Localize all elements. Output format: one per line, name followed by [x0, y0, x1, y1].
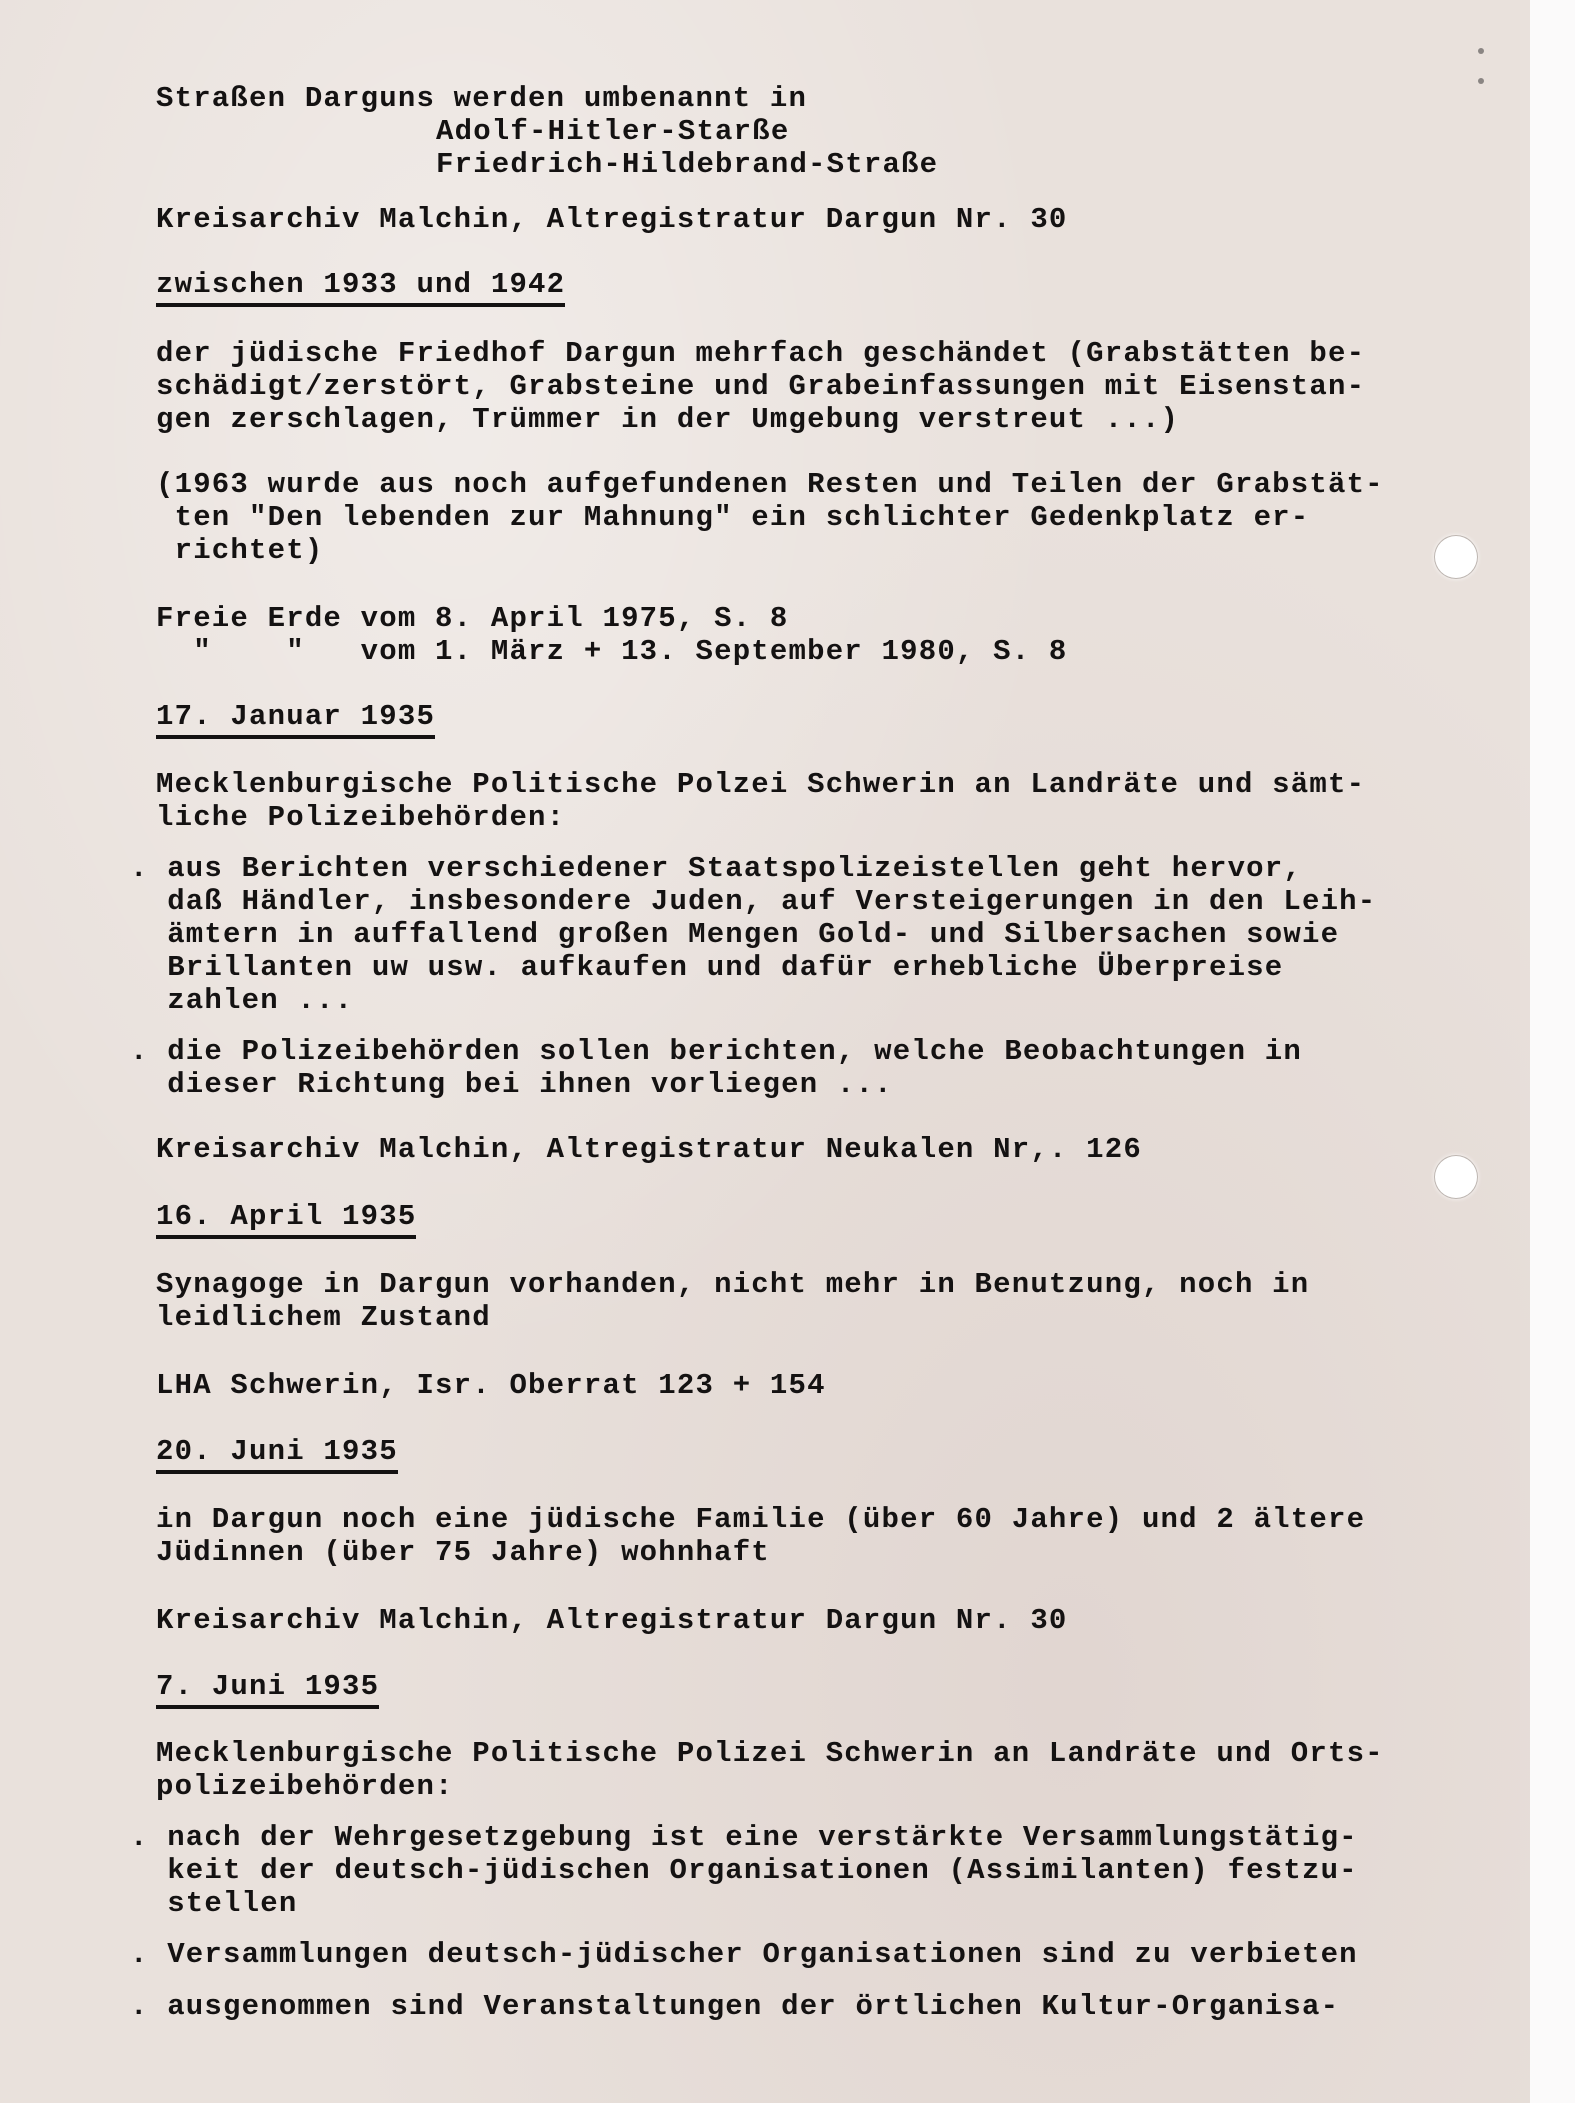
entry-text: schädigt/zerstört, Grabsteine und Grabei… — [156, 370, 1365, 403]
entry-date: 16. April 1935 — [156, 1200, 416, 1239]
bullet-item: . nach der Wehrgesetzgebung ist eine ver… — [130, 1821, 1358, 1854]
bullet-item: . ausgenommen sind Veranstaltungen der ö… — [130, 1990, 1339, 2023]
entry-note: richtet) — [156, 534, 323, 567]
bullet-item: Brillanten uw usw. aufkaufen und dafür e… — [130, 951, 1283, 984]
street-name: Adolf-Hitler-Starße — [436, 115, 789, 148]
entry-text: Jüdinnen (über 75 Jahre) wohnhaft — [156, 1536, 770, 1569]
entry-note: ten "Den lebenden zur Mahnung" ein schli… — [156, 501, 1309, 534]
source-citation: " " vom 1. März + 13. September 1980, S.… — [156, 635, 1068, 668]
bullet-item: stellen — [130, 1887, 297, 1920]
entry-text: der jüdische Friedhof Dargun mehrfach ge… — [156, 337, 1365, 370]
entry-text: Mecklenburgische Politische Polizei Schw… — [156, 1737, 1384, 1770]
entry-text: liche Polizeibehörden: — [156, 801, 565, 834]
bullet-item: daß Händler, insbesondere Juden, auf Ver… — [130, 885, 1376, 918]
entry-date: zwischen 1933 und 1942 — [156, 268, 565, 307]
bullet-item: . die Polizeibehörden sollen berichten, … — [130, 1035, 1302, 1068]
entry-date: 17. Januar 1935 — [156, 700, 435, 739]
staple-mark — [1478, 48, 1484, 54]
source-citation: LHA Schwerin, Isr. Oberrat 123 + 154 — [156, 1369, 826, 1402]
staple-mark — [1478, 78, 1484, 84]
punch-hole — [1434, 1155, 1478, 1199]
source-citation: Kreisarchiv Malchin, Altregistratur Neuk… — [156, 1133, 1142, 1166]
entry-text: Synagoge in Dargun vorhanden, nicht mehr… — [156, 1268, 1309, 1301]
entry-text: in Dargun noch eine jüdische Familie (üb… — [156, 1503, 1365, 1536]
entry-text: leidlichem Zustand — [156, 1301, 491, 1334]
punch-hole — [1434, 535, 1478, 579]
document-text: Straßen Darguns werden umbenannt in Adol… — [0, 0, 37, 1683]
bullet-item: . Versammlungen deutsch-jüdischer Organi… — [130, 1938, 1358, 1971]
source-citation: Freie Erde vom 8. April 1975, S. 8 — [156, 602, 789, 635]
entry-date: 20. Juni 1935 — [156, 1435, 398, 1474]
entry-text: gen zerschlagen, Trümmer in der Umgebung… — [156, 403, 1179, 436]
source-citation: Kreisarchiv Malchin, Altregistratur Darg… — [156, 203, 1068, 236]
bullet-item: . aus Berichten verschiedener Staatspoli… — [130, 852, 1302, 885]
heading: Straßen Darguns werden umbenannt in — [156, 82, 807, 115]
bullet-item: keit der deutsch-jüdischen Organisatione… — [130, 1854, 1358, 1887]
entry-text: polizeibehörden: — [156, 1770, 454, 1803]
street-name: Friedrich-Hildebrand-Straße — [436, 148, 938, 181]
bullet-item: zahlen ... — [130, 984, 353, 1017]
source-citation: Kreisarchiv Malchin, Altregistratur Darg… — [156, 1604, 1068, 1637]
bullet-item: ämtern in auffallend großen Mengen Gold-… — [130, 918, 1339, 951]
bullet-item: dieser Richtung bei ihnen vorliegen ... — [130, 1068, 893, 1101]
entry-text: Mecklenburgische Politische Polzei Schwe… — [156, 768, 1365, 801]
entry-date: 7. Juni 1935 — [156, 1670, 379, 1709]
entry-note: (1963 wurde aus noch aufgefundenen Reste… — [156, 468, 1384, 501]
